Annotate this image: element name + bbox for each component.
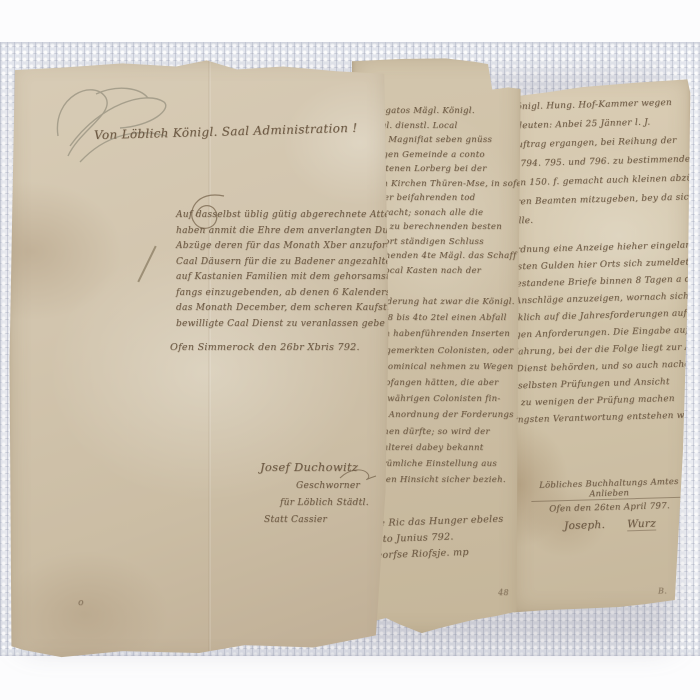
left-signature-block: Josef DuchowitzGeschwornerfür Löblich St… (260, 456, 369, 529)
right-document: das Königl. Hung. Hof-Kammer wegenzu bed… (511, 74, 691, 614)
signature-name-1: Joseph. (564, 519, 605, 533)
handwritten-line: Caal Däusern für die zu Badener angezahl… (176, 255, 390, 271)
left-document: Von Löblich Königl. Saal Administration … (8, 58, 390, 662)
signature-place-date: Ofen den 26ten April 797. (531, 501, 687, 515)
signature-name-2: Wurz (627, 518, 656, 532)
handwritten-line: auf Kastanien Familien mit dem gehorsams… (176, 270, 390, 286)
left-date-line: Ofen Simmerock den 26br Xbris 792. (170, 342, 360, 353)
right-signature-block: Löbliches Buchhaltungs Amtes Anlieben Of… (531, 476, 688, 534)
left-page-mark: o (78, 598, 84, 608)
right-page-mark: B. (658, 586, 667, 595)
pencil-monogram-flourish (48, 74, 178, 174)
handwritten-line: für Löblich Städtl. (280, 495, 369, 512)
photo-scene: das Königl. Hung. Hof-Kammer wegenzu bed… (0, 0, 700, 700)
handwritten-line: Teorfse Riofsje. mp (370, 544, 505, 565)
handwritten-line: Auf dasselbst üblig gütig abgerechnete A… (176, 208, 390, 224)
paper-edge-shading (8, 58, 390, 662)
handwritten-line: Geschworner (296, 478, 369, 495)
fold-crease (208, 58, 211, 662)
handwritten-line: das Monath December, dem scheren Kaufst.… (176, 301, 390, 317)
right-paragraph-1: das Königl. Hung. Hof-Kammer wegenzu bed… (511, 92, 691, 232)
middle-page-mark: 48 (498, 588, 509, 597)
handwritten-line: Statt Cassier (264, 512, 369, 529)
handwritten-line: fangs einzugebenden, ab denen 6 Kalender… (176, 286, 390, 302)
signature-office-line: Löbliches Buchhaltungs Amtes Anlieben (531, 476, 688, 502)
margin-slash-mark (137, 246, 156, 283)
handwritten-line: Abzüge deren für das Monath Xber anzufor… (176, 239, 390, 255)
handwritten-line: bewilligte Caal Dienst zu veranlassen ge… (176, 317, 390, 333)
right-paragraph-2: Verordnung eine Anzeige hieher eingelang… (511, 236, 691, 430)
left-paragraph: Auf dasselbst üblig gütig abgerechnete A… (176, 208, 390, 332)
handwritten-line: haben anmit die Ehre dem anverlangten Du… (176, 224, 390, 240)
middle-closing-block: die Ric das Hunger ebeles25to Junius 792… (369, 512, 505, 565)
left-header-line: Von Löblich Königl. Saal Administration … (94, 120, 390, 142)
handwritten-line: Josef Duchowitz (260, 456, 369, 478)
